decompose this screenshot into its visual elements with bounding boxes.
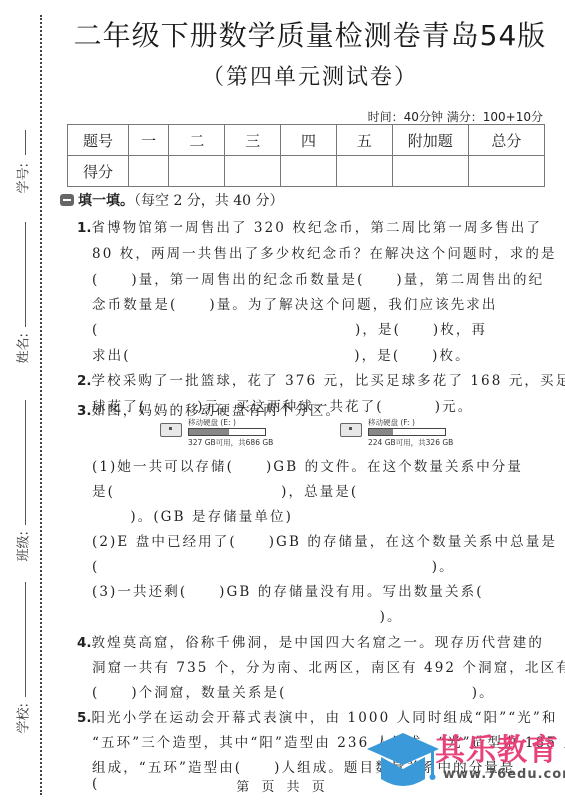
question-text: 洞窟一共有 735 个，分为南、北两区，南区有 492 个洞窟，北区有 (92, 656, 565, 676)
watermark: 其乐教育 www.76edu.com (365, 725, 565, 800)
section-one-header: 填一填。（每空 2 分，共 40 分） (60, 190, 284, 210)
question-text: (2)E 盘中已经用了( )GB 的存储量，在这个数量关系中总量是 (92, 530, 557, 550)
question-text: 阳光小学在运动会开幕式表演中，由 1000 人同时组成“阳”“光”和 (92, 710, 558, 726)
watermark-brand: 其乐教育 (435, 725, 559, 769)
name-label: 姓名: (13, 340, 32, 364)
question-text: 是( )，总量是( (92, 480, 358, 500)
question-text: (1)她一共可以存储( )GB 的文件。在这个数量关系中分量 (92, 455, 523, 475)
question-text: 80 枚，两周一共售出了多少枚纪念币？在解决这个问题时，求的是 (92, 242, 557, 262)
score-table-score-row: 得分 (68, 156, 545, 187)
question-5: 5.阳光小学在运动会开幕式表演中，由 1000 人同时组成“阳”“光”和 (77, 706, 557, 726)
score-header-cell: 总分 (468, 125, 544, 156)
score-cell[interactable] (392, 156, 468, 187)
hard-drive-icon (160, 423, 182, 437)
student-id-label: 学号: (13, 170, 32, 194)
question-number: 4. (77, 635, 92, 651)
question-4: 4.敦煌莫高窟，俗称千佛洞，是中国四大名窟之一。现存历代营建的 (77, 631, 544, 651)
score-cell[interactable] (336, 156, 392, 187)
score-cell[interactable] (169, 156, 225, 187)
score-table: 题号 一 二 三 四 五 附加题 总分 得分 (67, 124, 545, 187)
disk-name: 移动硬盘 (E: ) (188, 417, 236, 428)
exam-meta: 时间：40分钟 满分：100+10分 (368, 108, 543, 125)
question-text: 求出( )，是( )枚。 (92, 344, 471, 364)
score-header-cell: 三 (225, 125, 281, 156)
score-table-header-row: 题号 一 二 三 四 五 附加题 总分 (68, 125, 545, 156)
question-text: 敦煌莫高窟，俗称千佛洞，是中国四大名窟之一。现存历代营建的 (92, 635, 544, 651)
page-title: 二年级下册数学质量检测卷青岛54版 (60, 14, 560, 54)
disk-used-fill (189, 429, 229, 435)
disk-usage-bar (368, 428, 446, 436)
score-cell[interactable] (281, 156, 337, 187)
class-label: 班级: (13, 538, 32, 562)
school-label: 学校: (13, 710, 32, 734)
class-line (25, 582, 26, 697)
section-note: （每空 2 分，共 40 分） (134, 193, 284, 209)
question-number: 1. (77, 220, 92, 236)
question-text: ( )个洞窟，数量关系是( )。 (92, 681, 495, 701)
graduation-cap-icon (365, 727, 440, 797)
score-cell[interactable] (225, 156, 281, 187)
question-text: (3)一共还剩( )GB 的存储量没有用。写出数量关系( (92, 580, 484, 600)
score-header-cell: 一 (128, 125, 169, 156)
question-1: 1.省博物馆第一周售出了 320 枚纪念币，第二周比第一周多售出了 (77, 216, 542, 236)
page-subtitle: （第四单元测试卷） (60, 60, 560, 91)
disk-name: 移动硬盘 (F: ) (368, 417, 415, 428)
score-cell[interactable] (468, 156, 544, 187)
question-number: 2. (77, 373, 92, 389)
section-number-icon (60, 194, 74, 206)
watermark-url: www.76edu.com (443, 767, 565, 782)
field-underline (25, 130, 26, 155)
question-number: 5. (77, 710, 92, 726)
disk-capacity: 327 GB可用，共686 GB (188, 437, 273, 448)
binding-dashed-line (40, 15, 42, 795)
question-text: )。(GB 是存储量单位) (92, 505, 293, 525)
score-header-cell: 附加题 (392, 125, 468, 156)
question-text: )。 (92, 605, 403, 625)
question-text: ( )量，第一周售出的纪念币数量是( )量，第二周售出的纪 (92, 268, 544, 288)
score-header-cell: 五 (336, 125, 392, 156)
score-row-label: 得分 (68, 156, 129, 187)
question-text: 省博物馆第一周售出了 320 枚纪念币，第二周比第一周多售出了 (92, 220, 542, 236)
disk-capacity: 224 GB可用，共326 GB (368, 437, 453, 448)
question-text: ( )。 (92, 555, 455, 575)
question-number: 3. (77, 403, 92, 419)
question-3: 3.如图，妈妈的移动硬盘有两个分区。 (77, 399, 341, 419)
disk-used-fill (369, 429, 393, 435)
question-text: 念币数量是( )量。为了解决这个问题，我们应该先求出 (92, 293, 498, 313)
question-2: 2.学校采购了一批篮球，花了 376 元，比买足球多花了 168 元，买足 (77, 369, 565, 389)
question-text: ( )，是( )枚，再 (92, 318, 487, 338)
score-header-cell: 题号 (68, 125, 129, 156)
score-cell[interactable] (128, 156, 169, 187)
hard-drive-icon (340, 423, 362, 437)
score-header-cell: 二 (169, 125, 225, 156)
name-line (25, 400, 26, 525)
section-title: 填一填。 (78, 193, 134, 209)
score-header-cell: 四 (281, 125, 337, 156)
student-id-line (25, 222, 26, 327)
question-text: 学校采购了一批篮球，花了 376 元，比买足球多花了 168 元，买足 (92, 373, 565, 389)
disk-usage-bar (188, 428, 266, 436)
